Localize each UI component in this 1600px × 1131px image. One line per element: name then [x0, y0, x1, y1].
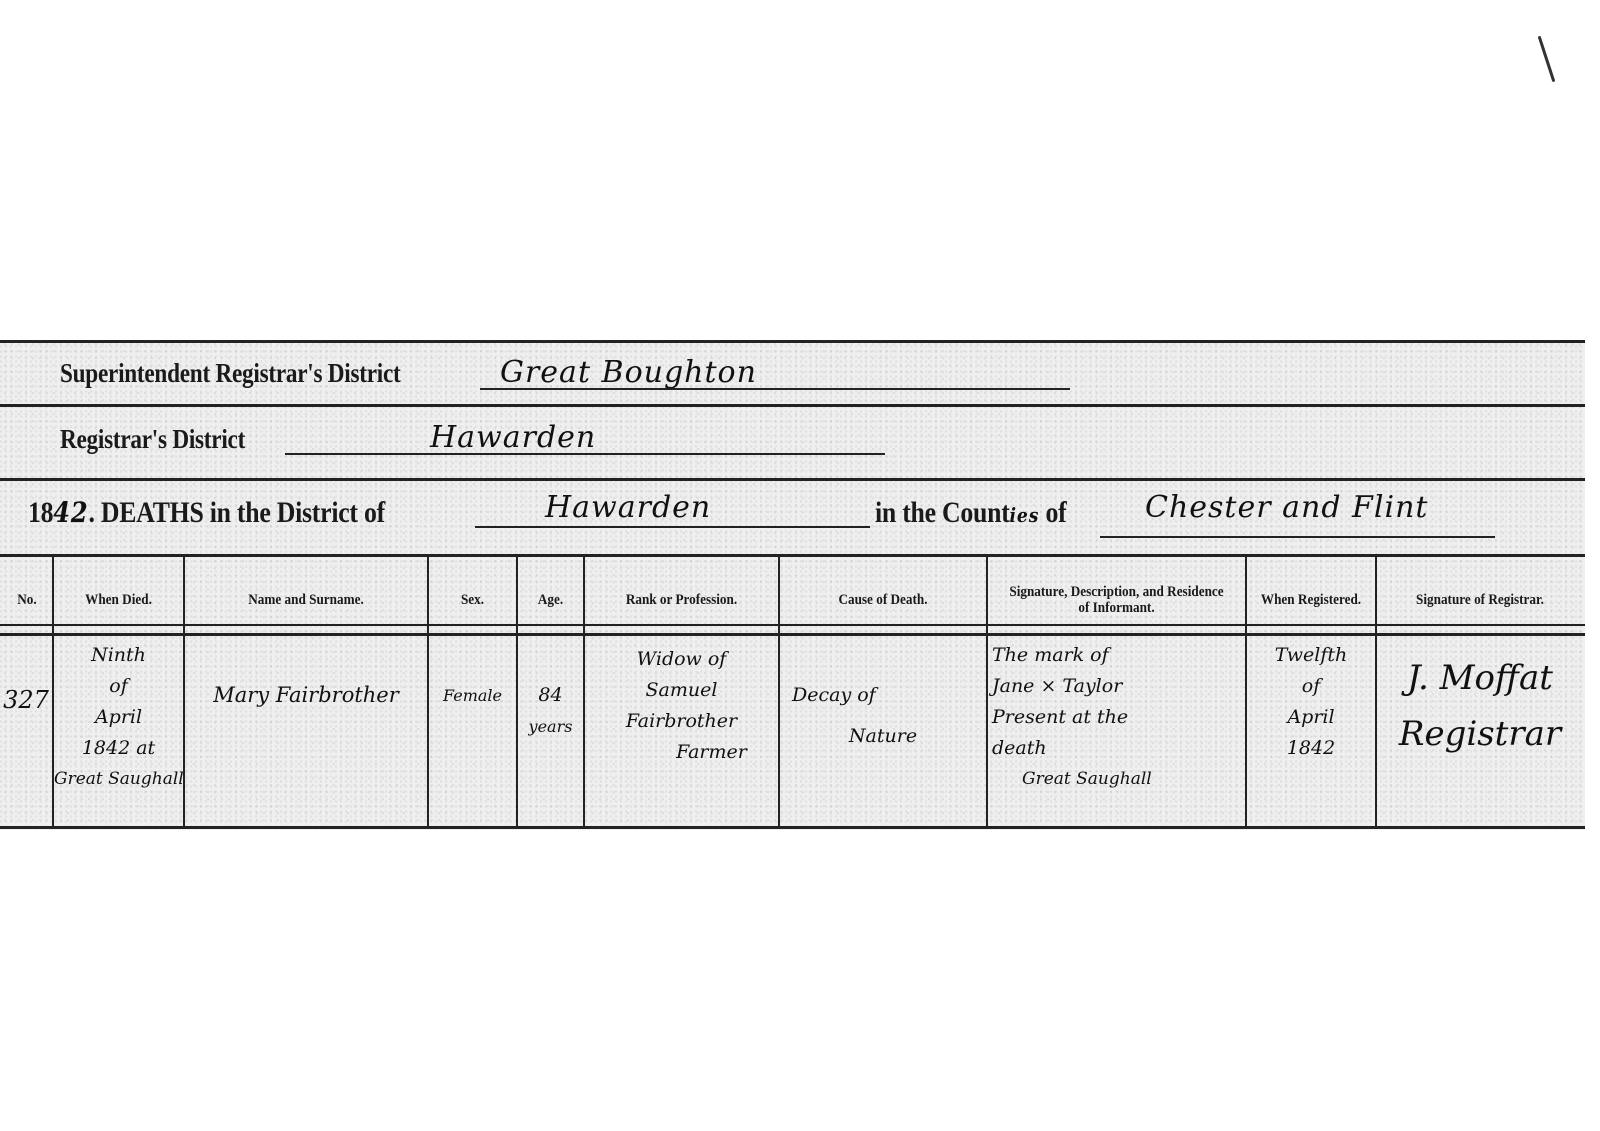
colhead-registrar: Signature of Registrar. [1389, 570, 1570, 630]
entry-when-died: Ninth of April 1842 at Great Saughall [54, 640, 183, 825]
colhead-name: Name and Surname. [200, 570, 413, 630]
entry-no: 327 [0, 640, 52, 870]
county-label: in the Counties of [875, 496, 1066, 530]
entry-registrar-signature: J. Moffat Registrar [1377, 640, 1583, 835]
entry-age: 84 years [518, 640, 583, 865]
age-unit: years [518, 711, 583, 742]
registrar-title: Registrar [1377, 706, 1583, 762]
age-value: 84 [518, 680, 583, 711]
entry-sex: Female [429, 640, 516, 865]
rule-4 [0, 624, 1585, 626]
cause-line: Decay of [780, 680, 986, 711]
top-rule [0, 340, 1585, 343]
superintendent-underline [480, 388, 1070, 390]
entry-cause: Decay of Nature [780, 640, 986, 865]
district-underline [475, 526, 870, 528]
informant-line: Great Saughall [992, 764, 1245, 795]
colhead-sex: Sex. [434, 570, 511, 630]
rank-line: Farmer [585, 737, 778, 768]
year-suffix: 42 [53, 496, 88, 529]
colhead-age: Age. [522, 570, 579, 630]
county-label-ies: ies [1010, 503, 1040, 527]
superintendent-district-value: Great Boughton [500, 355, 757, 390]
deaths-district-value: Hawarden [545, 490, 711, 525]
county-value: Chester and Flint [1145, 490, 1428, 525]
rank-line: Fairbrother [585, 706, 778, 737]
year-prefix: 18 [28, 496, 53, 529]
when-died-line: April [54, 702, 183, 733]
colhead-cause: Cause of Death. [792, 570, 973, 630]
registered-line: April [1247, 702, 1375, 733]
entry-rank: Widow of Samuel Fairbrother Farmer [585, 640, 778, 829]
when-died-line: 1842 at [54, 733, 183, 764]
register-page: Superintendent Registrar's District Grea… [0, 340, 1585, 830]
entry-when-registered: Twelfth of April 1842 [1247, 640, 1375, 825]
when-died-line: Ninth [54, 640, 183, 671]
informant-line: Jane × Taylor [992, 671, 1245, 702]
informant-line: death [992, 733, 1245, 764]
stray-pen-mark [1538, 36, 1556, 83]
registrar-underline [285, 453, 885, 455]
when-died-line: Great Saughall [54, 764, 183, 795]
entry-name: Mary Fairbrother [185, 640, 427, 865]
registrar-district-label: Registrar's District [60, 424, 245, 455]
colhead-informant: Signature, Description, and Residence of… [1003, 570, 1229, 630]
bottom-rule [0, 826, 1585, 829]
rule-2 [0, 478, 1585, 481]
informant-line: Present at the [992, 702, 1245, 733]
registrar-district-value: Hawarden [430, 420, 596, 455]
when-died-line: of [54, 671, 183, 702]
rank-line: Samuel [585, 675, 778, 706]
registered-line: 1842 [1247, 733, 1375, 764]
colhead-rank: Rank or Profession. [597, 570, 767, 630]
registrar-name: J. Moffat [1377, 650, 1583, 706]
rule-1 [0, 404, 1585, 407]
rule-5 [0, 633, 1585, 636]
rule-3 [0, 554, 1585, 557]
registered-line: Twelfth [1247, 640, 1375, 671]
registered-line: of [1247, 671, 1375, 702]
county-underline [1100, 536, 1495, 538]
colhead-no: No. [5, 570, 49, 630]
entry-informant: The mark of Jane × Taylor Present at the… [988, 640, 1245, 825]
superintendent-district-label: Superintendent Registrar's District [60, 358, 401, 389]
deaths-title: 1842. DEATHS in the District of [28, 496, 385, 530]
colhead-when-died: When Died. [62, 570, 176, 630]
county-label-a: in the Count [875, 496, 1010, 529]
informant-line: The mark of [992, 640, 1245, 671]
deaths-label: . DEATHS in the District of [89, 496, 385, 529]
county-label-b: of [1045, 496, 1066, 529]
rank-line: Widow of [585, 644, 778, 675]
colhead-when-registered: When Registered. [1255, 570, 1368, 630]
cause-line: Nature [780, 721, 986, 752]
